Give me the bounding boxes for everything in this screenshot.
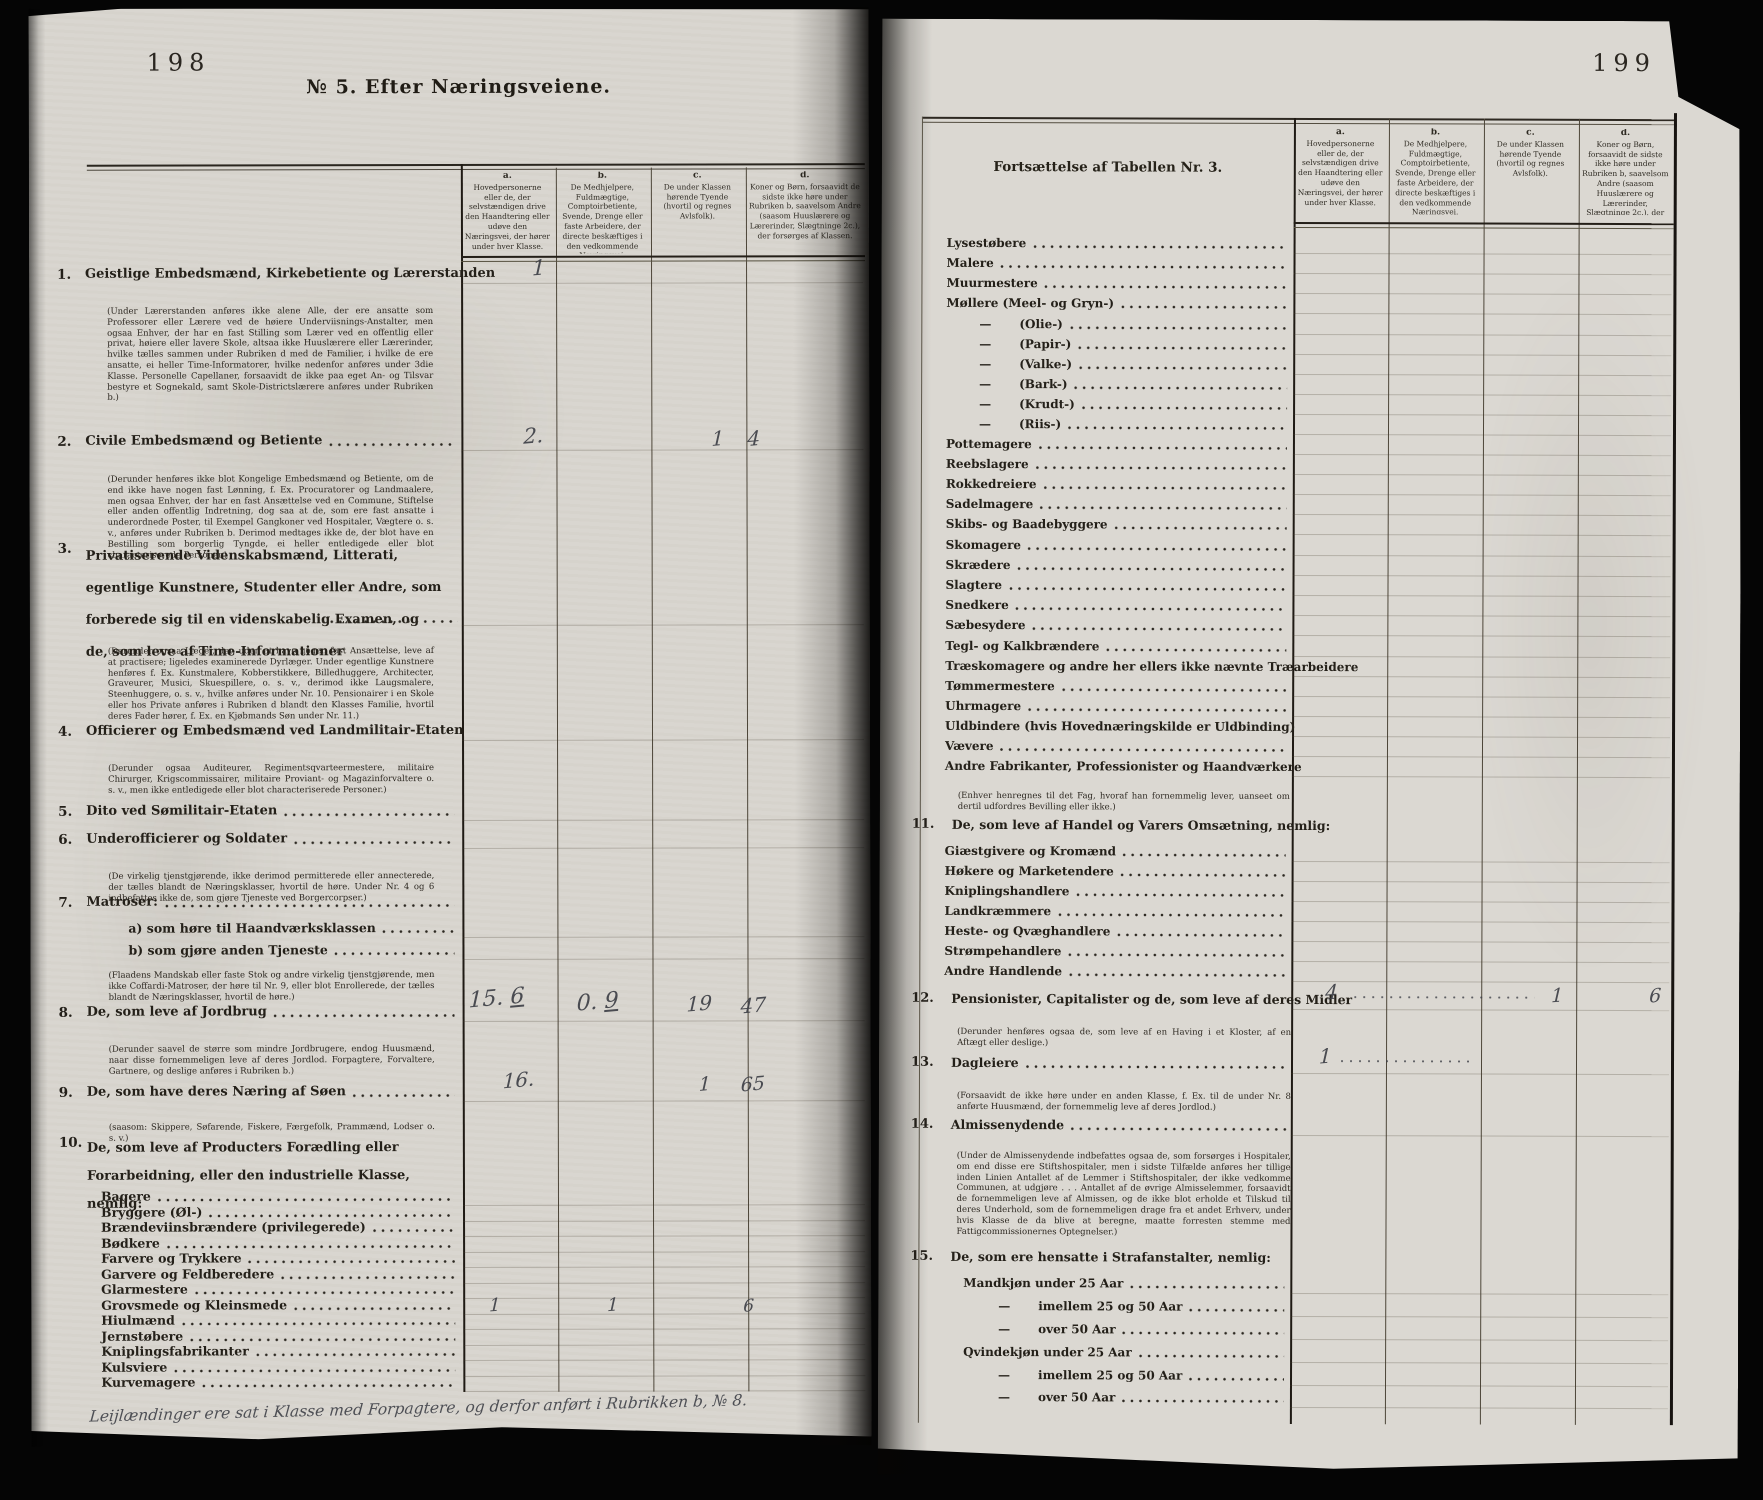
row-label-text: Møllere (Meel- og Gryn-) xyxy=(946,295,1114,312)
dotted-leader xyxy=(195,1291,455,1295)
column-header-text: De under Klassen hørende Tyende (hvortil… xyxy=(663,182,731,220)
handwritten-value: 1 xyxy=(711,426,724,451)
guide-line xyxy=(462,624,864,626)
guide-line xyxy=(1293,514,1671,516)
row-label: Glarmestere xyxy=(101,1281,457,1298)
row-label: Heste- og Qvæghandlere xyxy=(944,923,1287,940)
table-line xyxy=(918,117,923,1423)
dotted-leader xyxy=(1016,607,1287,611)
dotted-leader xyxy=(1068,953,1285,957)
row-label-text: Almissenydende xyxy=(951,1117,1064,1133)
row-label: Qvindekjøn under 25 Aar xyxy=(963,1344,1286,1361)
item-note: (Derunder ogsaa Læger, der, uden at have… xyxy=(108,646,434,722)
row-label: —(Valke-) xyxy=(979,356,1289,373)
row-label: Civile Embedsmænd og Betiente xyxy=(85,433,455,450)
row-label-text: De, som leve af Jordbrug xyxy=(87,1004,267,1020)
row-label: a) som høre til Haandværksklassen xyxy=(128,920,456,937)
dotted-leader xyxy=(281,1276,455,1279)
row-label-text: Reebslagere xyxy=(946,456,1029,472)
row-label-text: Privatiserende Videnskabsmænd, Litterati… xyxy=(86,548,442,660)
dotted-leader xyxy=(1121,873,1286,877)
guide-line xyxy=(1293,454,1671,456)
guide-line xyxy=(463,1282,865,1284)
repeat-dash: — xyxy=(998,1298,1010,1314)
column-letter: b. xyxy=(1392,128,1479,138)
item-number: 5. xyxy=(58,804,72,820)
guide-line xyxy=(463,1020,865,1022)
dotted-leader xyxy=(1106,648,1286,652)
item-number: 3. xyxy=(58,541,72,557)
column-header-text: Hovedpersonerne eller de, der selvstændi… xyxy=(1298,139,1383,207)
guide-line xyxy=(461,449,863,451)
row-label-text: Rokkedreiere xyxy=(946,476,1037,492)
item-number: 14. xyxy=(911,1117,934,1132)
handwritten-value: 0. 9 xyxy=(576,988,619,1017)
row-label-text: Civile Embedsmænd og Betiente xyxy=(85,433,322,449)
row-label-text: Kulsviere xyxy=(101,1360,167,1376)
row-label-text: Sadelmagere xyxy=(946,496,1034,512)
item-number: 6. xyxy=(58,832,72,848)
item-note: (Flaadens Mandskab eller faste Stok og a… xyxy=(109,970,435,1003)
item-number: 13. xyxy=(911,1055,934,1070)
guide-line xyxy=(463,1204,865,1206)
dotted-leader xyxy=(167,1245,455,1249)
guide-line xyxy=(463,1266,865,1268)
row-label-text: (Valke-) xyxy=(1019,356,1072,372)
dotted-leader xyxy=(353,1094,455,1097)
handwritten-value: 15. 6 xyxy=(468,983,525,1013)
guide-line xyxy=(463,1220,865,1222)
handwritten-value: 1 xyxy=(532,255,546,280)
row-label-text: Sæbesydere xyxy=(945,617,1025,633)
dotted-leader xyxy=(209,1214,455,1218)
row-label-text: Jernstøbere xyxy=(101,1329,183,1345)
repeat-dash: — xyxy=(979,336,991,352)
dotted-leader xyxy=(1079,366,1287,370)
scanned-census-book-photo: 198 № 5. Efter Næringsveiene. Leijlændin… xyxy=(0,0,1763,1500)
column-header: b.De Medhjelpere, Fuldmægtige, Comptoirb… xyxy=(1392,128,1479,214)
dotted-leader xyxy=(1028,708,1286,712)
row-label: Geistlige Embedsmænd, Kirkebetiente og L… xyxy=(85,266,455,283)
row-label-text: (Olie-) xyxy=(1019,316,1063,332)
row-label-text: Bødkere xyxy=(101,1236,160,1252)
row-label: —(Papir-) xyxy=(979,336,1289,353)
dotted-leader xyxy=(202,1384,455,1388)
row-label-text: Grovsmede og Kleinsmede xyxy=(101,1297,287,1313)
row-label: Høkere og Marketendere xyxy=(945,863,1288,880)
row-label-text: Muurmestere xyxy=(946,275,1037,291)
handwritten-value: 1 xyxy=(607,1294,619,1316)
right-page: 199 Fortsættelse af Tabellen Nr. 3. a.Ho… xyxy=(878,19,1743,1478)
row-label: De, som leve af Handel og Varers Omsætni… xyxy=(952,817,1290,834)
dotted-leader xyxy=(1069,973,1285,977)
item-note: (Enhver henregnes til det Fag, hvoraf ha… xyxy=(958,791,1290,814)
row-label: —imellem 25 og 50 Aar xyxy=(998,1367,1286,1384)
left-page-content: 198 № 5. Efter Næringsveiene. Leijlændin… xyxy=(28,7,871,1447)
dotted-leader xyxy=(383,930,455,933)
table-line xyxy=(651,168,655,1392)
dotted-leader xyxy=(1189,1309,1284,1312)
row-label-text: Officierer og Embedsmænd ved Landmilitai… xyxy=(86,723,464,740)
column-header-text: De Medhjelpere, Fuldmægtige, Comptoirbet… xyxy=(1395,139,1475,214)
handwritten-value: 65 xyxy=(740,1072,765,1096)
row-label: Skrædere xyxy=(946,557,1289,574)
column-header-text: Koner og Børn, forsaavidt de sidste ikke… xyxy=(749,182,861,240)
row-label: Lysestøbere xyxy=(947,235,1290,252)
row-label: Matroser: xyxy=(86,894,456,911)
row-label-text: Skomagere xyxy=(946,537,1022,553)
item-note: (Under de Almissenydende indbefattes ogs… xyxy=(956,1151,1290,1238)
guide-line xyxy=(463,1313,865,1315)
item-number: 15. xyxy=(910,1249,933,1264)
row-label: Skibs- og Baadebyggere xyxy=(946,516,1289,533)
row-label: Skomagere xyxy=(946,537,1289,554)
table-line xyxy=(922,117,1674,121)
guide-line xyxy=(1291,1073,1669,1075)
row-label-text: Pottemagere xyxy=(946,436,1032,452)
row-label: Underofficierer og Soldater xyxy=(86,831,456,848)
dotted-leader xyxy=(1039,446,1287,450)
row-label-text: over 50 Aar xyxy=(1038,1321,1115,1337)
column-header: c.De under Klassen hørende Tyende (hvort… xyxy=(1487,129,1574,215)
handwritten-digits: 6 xyxy=(510,983,525,1009)
row-label-text: Slagtere xyxy=(945,577,1002,593)
row-label-text: (Riis-) xyxy=(1019,416,1061,432)
row-label: Sæbesydere xyxy=(945,617,1288,634)
column-letter: b. xyxy=(559,172,646,182)
row-label-text: Dagleiere xyxy=(951,1055,1019,1071)
row-label: b) som gjøre anden Tjeneste xyxy=(128,942,456,959)
item-number: 12. xyxy=(911,991,934,1006)
row-label-text: Mandkjøn under 25 Aar xyxy=(963,1275,1123,1292)
item-number: 7. xyxy=(58,895,72,911)
dotted-leader xyxy=(1028,547,1287,551)
dotted-leader xyxy=(335,952,455,955)
dotted-leader xyxy=(1139,1354,1284,1357)
handwritten-value: 4 xyxy=(1325,979,1339,1004)
column-header: b.De Medhjelpere, Fuldmægtige, Comptoirb… xyxy=(559,172,646,254)
row-label-text: (Krudt-) xyxy=(1019,396,1075,412)
row-label-text: Underofficierer og Soldater xyxy=(86,831,287,847)
guide-line xyxy=(463,1251,865,1253)
dotted-leader xyxy=(1000,748,1286,752)
row-label-text: Malere xyxy=(946,255,993,271)
dotted-leader xyxy=(174,1369,455,1373)
row-label: —(Bark-) xyxy=(979,376,1289,393)
dotted-leader xyxy=(373,1229,455,1232)
item-note: (Under Lærerstanden anføres ikke alene A… xyxy=(107,306,433,404)
dotted-leader xyxy=(1026,1065,1287,1069)
repeat-dash: — xyxy=(998,1367,1010,1383)
table-line xyxy=(461,260,865,262)
row-label-text: Strømpehandlere xyxy=(944,943,1061,959)
row-label-text: Giæstgivere og Kromænd xyxy=(945,843,1116,860)
row-label: Hiulmænd xyxy=(101,1312,457,1329)
item-number: 9. xyxy=(59,1085,73,1101)
row-label-text: Skrædere xyxy=(946,557,1011,573)
row-label: Reebslagere xyxy=(946,456,1289,473)
dotted-leader xyxy=(1076,893,1285,897)
column-header: d.Koner og Børn, forsaavidt de sidste ik… xyxy=(1582,129,1669,215)
handwritten-dotted-line xyxy=(1341,1060,1469,1062)
column-header-text: Koner og Børn, forsaavidt de sidste ikke… xyxy=(1582,140,1668,215)
row-label: Dagleiere xyxy=(951,1055,1289,1072)
repeat-dash: — xyxy=(998,1321,1010,1337)
column-header: a.Hovedpersonerne eller de, der selvstæn… xyxy=(1297,128,1384,214)
dotted-leader xyxy=(1078,346,1287,350)
guide-line xyxy=(1290,1316,1668,1318)
row-label-text: Træskomagere og andre her ellers ikke næ… xyxy=(945,658,1358,675)
row-label: Træskomagere og andre her ellers ikke næ… xyxy=(945,658,1288,675)
guide-line xyxy=(463,1100,865,1102)
dotted-leader xyxy=(1032,627,1286,631)
row-label: Kniplingsfabrikanter xyxy=(101,1343,457,1360)
guide-line xyxy=(462,958,864,960)
dotted-leader xyxy=(158,1198,455,1202)
dotted-leader xyxy=(1009,587,1286,591)
handwritten-value: 1 xyxy=(1319,1043,1333,1068)
repeat-dash: — xyxy=(979,396,991,412)
dotted-leader xyxy=(284,813,454,816)
row-label-text: Heste- og Qvæghandlere xyxy=(944,923,1110,940)
guide-line xyxy=(463,1344,865,1346)
dotted-leader xyxy=(1123,1331,1285,1335)
row-label-text: De, som have deres Næring af Søen xyxy=(87,1084,346,1101)
item-note: (Forsaavidt de ikke høre under en anden … xyxy=(957,1091,1291,1114)
row-label-text: Kurvemagere xyxy=(101,1375,195,1391)
row-label-text: b) som gjøre anden Tjeneste xyxy=(128,942,327,958)
guide-line xyxy=(1293,575,1671,577)
handwritten-value: 4 xyxy=(747,426,760,451)
row-label: Sadelmagere xyxy=(946,496,1289,513)
guide-line xyxy=(1294,253,1672,255)
right-page-number: 199 xyxy=(1592,49,1656,77)
dotted-leader xyxy=(1062,688,1286,692)
dotted-leader xyxy=(1040,506,1287,510)
row-label: Uldbindere (hvis Hovednæringskilde er Ul… xyxy=(945,718,1288,735)
right-page-content: 199 Fortsættelse af Tabellen Nr. 3. a.Ho… xyxy=(878,19,1743,1478)
item-number: 1. xyxy=(57,267,71,283)
repeat-dash: — xyxy=(979,316,991,332)
left-page-number: 198 xyxy=(147,49,211,77)
guide-line xyxy=(1291,1009,1669,1011)
row-label: —(Krudt-) xyxy=(979,396,1289,413)
repeat-dash: — xyxy=(998,1389,1010,1405)
dotted-leader xyxy=(190,1338,455,1342)
dotted-leader xyxy=(1123,853,1286,857)
table-line xyxy=(461,255,865,258)
row-label-text: Skibs- og Baadebyggere xyxy=(946,516,1108,533)
dotted-leader xyxy=(1036,466,1287,470)
handwritten-value: 16. xyxy=(502,1066,534,1093)
row-label-text: Andre Fabrikanter, Professionister og Ha… xyxy=(945,758,1302,775)
row-label: Tømmermestere xyxy=(945,678,1288,695)
table-line xyxy=(746,167,750,1391)
column-header-text: De under Klassen hørende Tyende (hvortil… xyxy=(1496,139,1564,178)
row-label-text: Andre Handlende xyxy=(944,963,1062,979)
dotted-leader xyxy=(1068,426,1287,430)
row-label: Slagtere xyxy=(945,577,1288,594)
guide-line xyxy=(463,1359,865,1361)
dotted-leader xyxy=(249,1260,456,1263)
dotted-leader xyxy=(1121,305,1287,309)
row-label: —over 50 Aar xyxy=(998,1321,1286,1338)
handwritten-footnote: Leijlændinger ere sat i Klasse med Forpa… xyxy=(89,1387,781,1429)
row-label-text: Bagere xyxy=(101,1189,151,1205)
column-letter: a. xyxy=(1297,128,1384,138)
row-label: —(Olie-) xyxy=(979,316,1289,333)
table-line xyxy=(461,164,466,1392)
row-label-text: a) som høre til Haandværksklassen xyxy=(128,920,376,937)
dotted-leader xyxy=(1070,326,1287,330)
item-note: (Derunder ogsaa Auditeurer, Regimentsqva… xyxy=(108,763,434,796)
repeat-dash: — xyxy=(979,416,991,432)
guide-line xyxy=(462,819,864,821)
dotted-leader xyxy=(1033,245,1287,249)
row-label: —(Riis-) xyxy=(979,416,1289,433)
guide-line xyxy=(463,1297,865,1299)
dotted-leader xyxy=(294,1307,455,1310)
row-label: Kurvemagere xyxy=(101,1374,457,1391)
guide-line xyxy=(1293,555,1671,557)
row-label-text: Høkere og Marketendere xyxy=(945,863,1114,880)
column-header: d.Koner og Børn, forsaavidt de sidste ik… xyxy=(749,171,861,253)
guide-line xyxy=(462,936,864,938)
row-label-text: Bryggere (Øl-) xyxy=(101,1205,202,1221)
row-label-text: Kniplingsfabrikanter xyxy=(101,1343,249,1359)
guide-line xyxy=(1293,494,1671,496)
row-label: De, som have deres Næring af Søen xyxy=(87,1084,457,1101)
row-label: Landkræmmere xyxy=(944,903,1287,920)
row-label-text: Landkræmmere xyxy=(944,903,1051,919)
row-label: Strømpehandlere xyxy=(944,943,1287,960)
repeat-dash: — xyxy=(979,356,991,372)
dotted-leader xyxy=(294,841,454,844)
handwritten-value: 2. xyxy=(523,423,544,449)
row-label: Dito ved Sømilitair-Etaten xyxy=(86,803,456,820)
row-label: Vævere xyxy=(945,738,1288,755)
dotted-leader xyxy=(1058,913,1285,917)
row-label-text: Qvindekjøn under 25 Aar xyxy=(963,1344,1132,1361)
guide-line xyxy=(1292,635,1670,637)
row-label-text: Garvere og Feldberedere xyxy=(101,1266,274,1282)
row-label: Snedkere xyxy=(945,597,1288,614)
guide-line xyxy=(463,1235,865,1237)
guide-line xyxy=(463,1328,865,1330)
dotted-leader xyxy=(165,904,454,908)
column-header: a.Hovedpersonerne eller de, der selvstæn… xyxy=(464,172,551,254)
table-line xyxy=(922,121,1674,124)
guide-line xyxy=(462,739,864,741)
handwritten-value: 19 xyxy=(686,990,712,1016)
dotted-leader xyxy=(1018,567,1287,571)
row-label: Kniplingshandlere xyxy=(945,883,1288,900)
table-line xyxy=(556,168,560,1392)
row-label: Møllere (Meel- og Gryn-) xyxy=(946,295,1289,312)
guide-line xyxy=(1292,615,1670,617)
column-letter: c. xyxy=(654,171,741,181)
table-caption: Fortsættelse af Tabellen Nr. 3. xyxy=(932,159,1284,176)
dotted-leader xyxy=(1075,386,1288,390)
dotted-leader xyxy=(1001,265,1288,269)
column-letter: a. xyxy=(464,172,551,182)
item-number: 4. xyxy=(58,724,72,740)
dotted-leader xyxy=(1045,285,1288,289)
column-letter: c. xyxy=(1487,129,1574,139)
guide-line xyxy=(462,847,864,849)
handwritten-digits: 0. xyxy=(576,989,605,1017)
guide-line xyxy=(461,282,863,284)
item-number: 2. xyxy=(57,434,71,450)
row-label: —over 50 Aar xyxy=(998,1389,1286,1406)
dotted-leader xyxy=(1115,526,1287,530)
row-label-text: Lysestøbere xyxy=(947,235,1027,251)
dotted-leader xyxy=(322,620,458,623)
row-label: Pensionister, Capitalister og de, som le… xyxy=(951,991,1289,1008)
row-label-text: Vævere xyxy=(945,738,994,754)
row-label-text: Tegl- og Kalkbrændere xyxy=(945,638,1099,654)
row-label-text: Geistlige Embedsmænd, Kirkebetiente og L… xyxy=(85,266,495,283)
dotted-leader xyxy=(1122,1399,1284,1403)
row-label-text: De, som leve af Handel og Varers Omsætni… xyxy=(952,817,1331,834)
guide-line xyxy=(1290,1385,1668,1387)
dotted-leader xyxy=(1117,933,1285,937)
row-label: Rokkedreiere xyxy=(946,476,1289,493)
row-label-text: Kniplingshandlere xyxy=(945,883,1070,899)
row-label: Muurmestere xyxy=(946,275,1289,292)
row-label: Andre Fabrikanter, Professionister og Ha… xyxy=(945,758,1288,775)
column-header: c.De under Klassen hørende Tyende (hvort… xyxy=(654,171,741,253)
dotted-leader xyxy=(182,1322,455,1326)
dotted-leader xyxy=(1044,486,1287,490)
handwritten-value: 1 xyxy=(698,1073,711,1096)
row-label: Giæstgivere og Kromænd xyxy=(945,843,1288,860)
row-label-text: imellem 25 og 50 Aar xyxy=(1038,1367,1182,1383)
row-label: Almissenydende xyxy=(951,1117,1289,1134)
row-label-text: Hiulmænd xyxy=(101,1313,175,1329)
dotted-leader xyxy=(329,443,453,446)
handwritten-digits: 15. xyxy=(468,985,511,1014)
row-label-text: Dito ved Sømilitair-Etaten xyxy=(86,803,277,819)
table-line xyxy=(87,168,865,170)
row-label: De, som ere hensatte i Strafanstalter, n… xyxy=(950,1249,1288,1266)
row-label: Mandkjøn under 25 Aar xyxy=(963,1275,1286,1292)
row-label: —imellem 25 og 50 Aar xyxy=(998,1298,1286,1315)
table-line xyxy=(1670,113,1677,1425)
row-label-text: Matroser: xyxy=(86,895,158,911)
row-label: Farvere og Trykkere xyxy=(101,1250,457,1267)
row-label-text: Snedkere xyxy=(945,597,1008,613)
row-label-text: over 50 Aar xyxy=(1038,1389,1115,1405)
row-label-text: Brændeviinsbrændere (privilegerede) xyxy=(101,1219,366,1236)
row-label-text: imellem 25 og 50 Aar xyxy=(1038,1298,1182,1314)
row-label: Pottemagere xyxy=(946,436,1289,453)
row-label-text: Glarmestere xyxy=(101,1282,188,1298)
row-label: Tegl- og Kalkbrændere xyxy=(945,638,1288,655)
guide-line xyxy=(1292,595,1670,597)
column-header-text: De Medhjelpere, Fuldmægtige, Comptoirbet… xyxy=(562,182,642,253)
row-label: De, som leve af Jordbrug xyxy=(87,1004,457,1021)
handwritten-value: 47 xyxy=(740,992,766,1018)
row-label-text: De, som ere hensatte i Strafanstalter, n… xyxy=(950,1249,1271,1266)
row-label-text: Pensionister, Capitalister og de, som le… xyxy=(951,991,1352,1008)
row-label-text: Farvere og Trykkere xyxy=(101,1250,242,1266)
column-letter: d. xyxy=(749,171,861,181)
item-note: (Derunder henføres ogsaa de, som leve af… xyxy=(957,1027,1291,1050)
document-title: № 5. Efter Næringsveiene. xyxy=(279,76,639,99)
dotted-leader xyxy=(274,1014,455,1017)
item-number: 10. xyxy=(59,1135,83,1151)
